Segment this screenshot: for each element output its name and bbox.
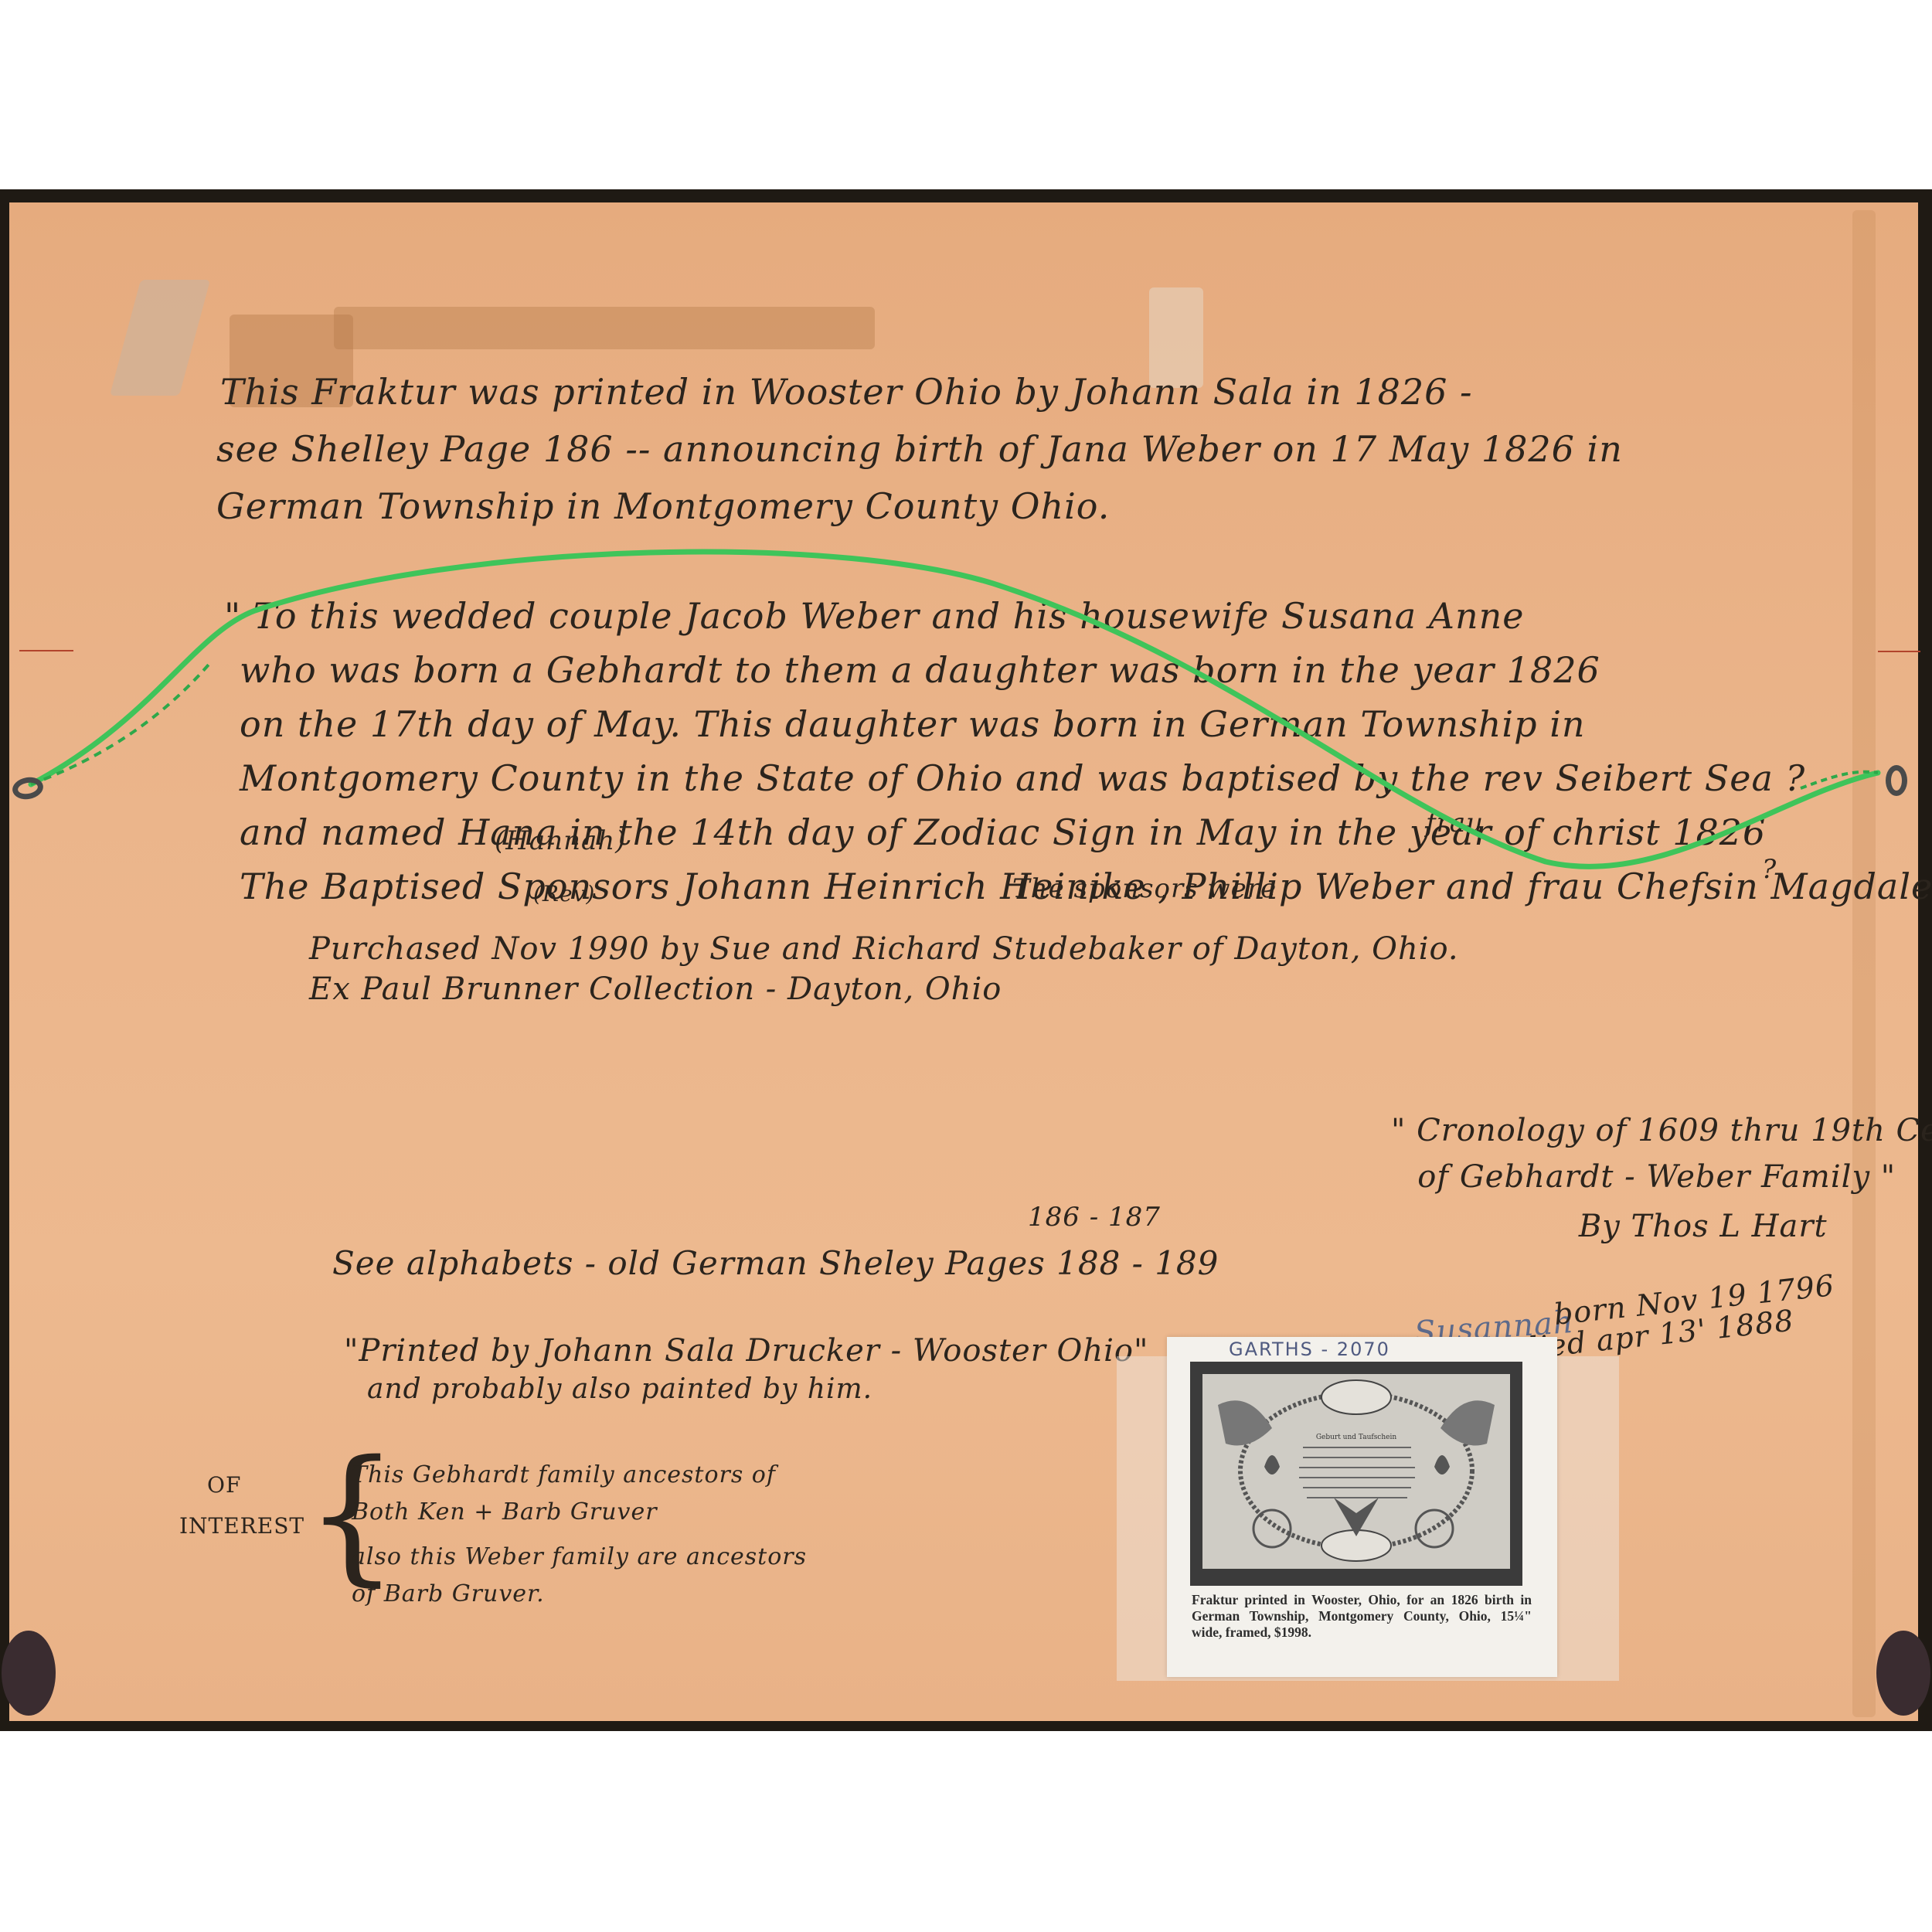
clipping-caption: Fraktur printed in Wooster, Ohio, for an… — [1192, 1592, 1532, 1641]
of-interest-label-top: OF — [207, 1472, 241, 1498]
provenance-line-2: Ex Paul Brunner Collection - Dayton, Ohi… — [309, 971, 1459, 1007]
fraktur-photo-image: Geburt und Taufschein — [1202, 1374, 1510, 1569]
intro-line-3: German Township in Montgomery County Ohi… — [216, 485, 1623, 527]
clipping-tag: GARTHS - 2070 — [1229, 1338, 1390, 1360]
felt-bumper-right — [1876, 1631, 1930, 1716]
fraktur-illustration-icon: Geburt und Taufschein — [1202, 1374, 1510, 1569]
alignment-tick-left — [19, 650, 73, 651]
annotation-sponsors: The sponsors were — [1012, 873, 1277, 904]
annotation-hannah: (Hannah) — [495, 825, 626, 856]
tape-remnant — [110, 280, 210, 396]
translation-line-1: " To this wedded couple Jacob Weber and … — [224, 595, 1932, 637]
of-interest-line-3: also this Weber family are ancestors — [352, 1539, 807, 1576]
provenance-line-1: Purchased Nov 1990 by Sue and Richard St… — [309, 931, 1459, 967]
of-interest-line-4: of Barb Gruver. — [352, 1576, 807, 1613]
svg-text:Geburt und Taufschein: Geburt und Taufschein — [1316, 1434, 1397, 1441]
of-interest-line-1: This Gebhardt family ancestors of — [352, 1457, 807, 1494]
edge-stain — [1852, 210, 1876, 1717]
annotation-frau: frau — [1426, 808, 1484, 838]
annotation-rev: (Rev) — [533, 881, 595, 906]
chronology-line-1: " Cronology of 1609 thru 19th Cent. — [1391, 1113, 1932, 1148]
printed-by-line-2: and probably also painted by him. — [367, 1373, 1148, 1405]
of-interest-label-bottom: INTEREST — [179, 1513, 304, 1539]
alphabets-note: See alphabets - old German Sheley Pages … — [332, 1244, 1219, 1282]
newspaper-clipping: GARTHS - 2070 — [1167, 1337, 1557, 1677]
fraktur-photo: Geburt und Taufschein — [1190, 1362, 1522, 1586]
translation-line-4: Montgomery County in the State of Ohio a… — [240, 757, 1932, 799]
hanging-hook-right-icon — [1886, 765, 1907, 796]
intro-line-2: see Shelley Page 186 -- announcing birth… — [216, 428, 1623, 470]
printed-by-line-1: "Printed by Johann Sala Drucker - Wooste… — [344, 1333, 1148, 1369]
printed-by-note: "Printed by Johann Sala Drucker - Wooste… — [344, 1333, 1148, 1405]
of-interest-line-2: Both Ken + Barb Gruver — [352, 1494, 807, 1531]
chronology-note: " Cronology of 1609 thru 19th Cent. of G… — [1329, 1113, 1932, 1244]
annotation-question: ? — [1762, 854, 1777, 885]
of-interest-note: This Gebhardt family ancestors of Both K… — [352, 1457, 807, 1613]
translation-line-3: on the 17th day of May. This daughter wa… — [240, 703, 1932, 745]
felt-bumper-left — [2, 1631, 56, 1716]
torn-paper-stain — [334, 307, 875, 349]
intro-note: This Fraktur was printed in Wooster Ohio… — [220, 371, 1623, 527]
provenance-note: Purchased Nov 1990 by Sue and Richard St… — [309, 931, 1459, 1007]
translation-note: " To this wedded couple Jacob Weber and … — [224, 595, 1932, 907]
alphabets-pages-above: 186 - 187 — [1028, 1202, 1161, 1233]
translation-line-2: who was born a Gebhardt to them a daught… — [240, 649, 1932, 691]
chronology-line-2: of Gebhardt - Weber Family " — [1329, 1159, 1932, 1195]
intro-line-1: This Fraktur was printed in Wooster Ohio… — [220, 371, 1623, 413]
chronology-line-3: By Thos L Hart — [1422, 1209, 1932, 1244]
translation-line-5: and named Hana in the 14th day of Zodiac… — [240, 811, 1932, 853]
